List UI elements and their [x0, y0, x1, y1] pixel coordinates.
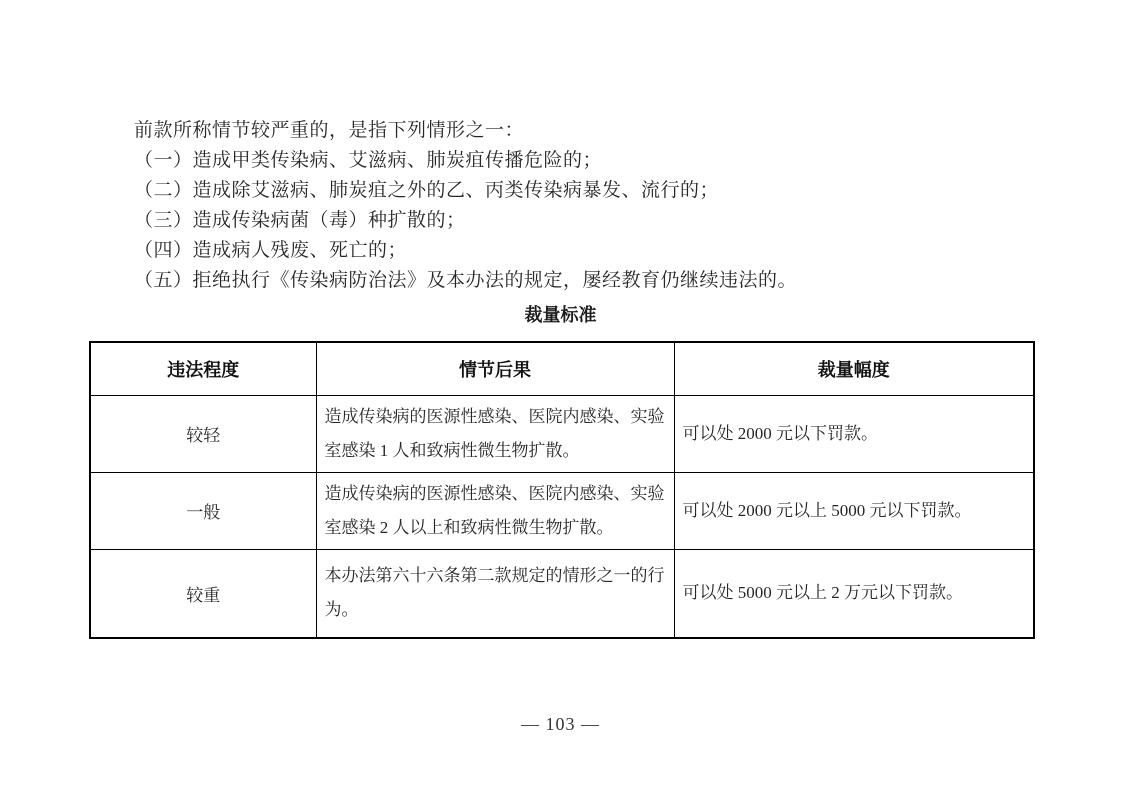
cell-degree: 较轻 — [90, 395, 316, 472]
paragraph-line-item-5: （五）拒绝执行《传染病防治法》及本办法的规定，屡经教育仍继续违法的。 — [134, 266, 1034, 296]
column-header-violation-degree: 违法程度 — [90, 342, 316, 395]
paragraph-line-item-3: （三）造成传染病菌（毒）种扩散的； — [134, 206, 1034, 236]
paragraph-line-item-2: （二）造成除艾滋病、肺炭疽之外的乙、丙类传染病暴发、流行的； — [134, 176, 1034, 206]
cell-range: 可以处 2000 元以上 5000 元以下罚款。 — [674, 472, 1034, 549]
legal-text-paragraph: 前款所称情节较严重的，是指下列情形之一： （一）造成甲类传染病、艾滋病、肺炭疽传… — [134, 116, 1034, 296]
cell-consequence: 本办法第六十六条第二款规定的情形之一的行为。 — [316, 549, 674, 638]
discretion-standards-table: 违法程度 情节后果 裁量幅度 较轻 造成传染病的医源性感染、医院内感染、实验室感… — [89, 341, 1035, 639]
table-row-lighter: 较轻 造成传染病的医源性感染、医院内感染、实验室感染 1 人和致病性微生物扩散。… — [90, 395, 1034, 472]
cell-consequence: 造成传染病的医源性感染、医院内感染、实验室感染 2 人以上和致病性微生物扩散。 — [316, 472, 674, 549]
cell-degree: 较重 — [90, 549, 316, 638]
document-page: 前款所称情节较严重的，是指下列情形之一： （一）造成甲类传染病、艾滋病、肺炭疽传… — [0, 0, 1121, 793]
cell-degree: 一般 — [90, 472, 316, 549]
cell-range: 可以处 5000 元以上 2 万元以下罚款。 — [674, 549, 1034, 638]
table-row-heavier: 较重 本办法第六十六条第二款规定的情形之一的行为。 可以处 5000 元以上 2… — [90, 549, 1034, 638]
cell-range: 可以处 2000 元以下罚款。 — [674, 395, 1034, 472]
paragraph-line-intro: 前款所称情节较严重的，是指下列情形之一： — [134, 116, 1034, 146]
paragraph-line-item-4: （四）造成病人残废、死亡的； — [134, 236, 1034, 266]
table-header-row: 违法程度 情节后果 裁量幅度 — [90, 342, 1034, 395]
cell-consequence: 造成传染病的医源性感染、医院内感染、实验室感染 1 人和致病性微生物扩散。 — [316, 395, 674, 472]
column-header-discretion-range: 裁量幅度 — [674, 342, 1034, 395]
table-title: 裁量标准 — [0, 301, 1121, 327]
table-row-general: 一般 造成传染病的医源性感染、医院内感染、实验室感染 2 人以上和致病性微生物扩… — [90, 472, 1034, 549]
page-number: — 103 — — [0, 714, 1121, 735]
paragraph-line-item-1: （一）造成甲类传染病、艾滋病、肺炭疽传播危险的； — [134, 146, 1034, 176]
column-header-circumstance-consequence: 情节后果 — [316, 342, 674, 395]
